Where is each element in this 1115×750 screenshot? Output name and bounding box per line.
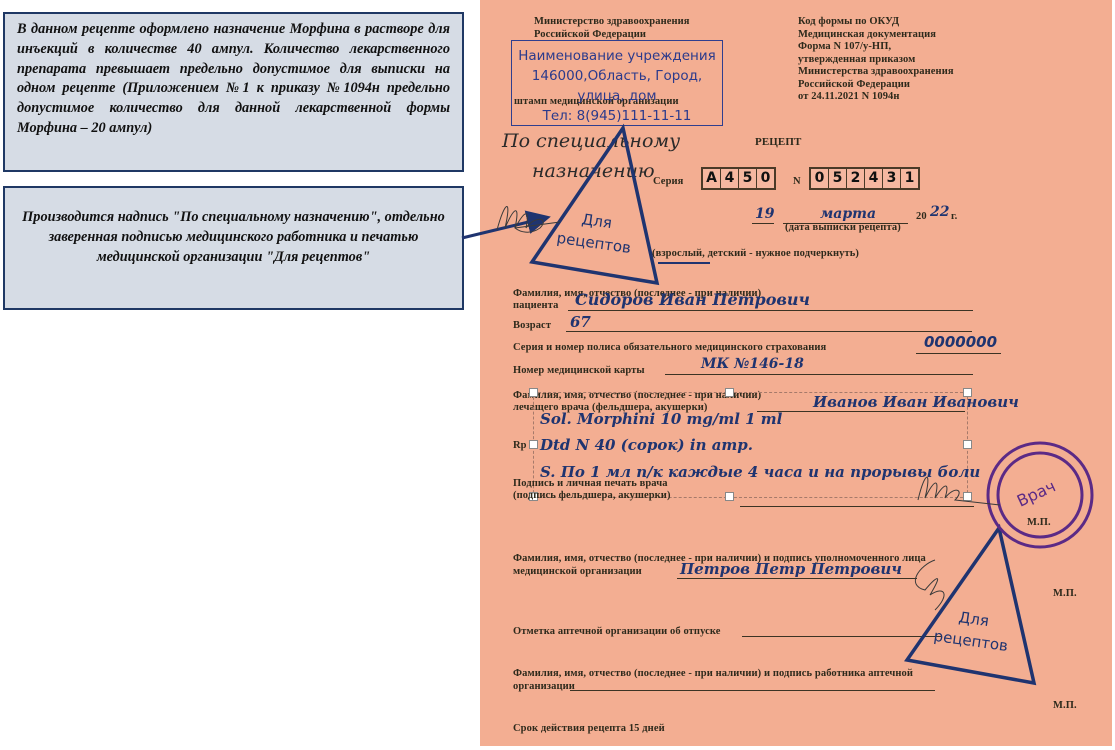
ministry-line1: Министерство здравоохранения bbox=[534, 16, 690, 29]
stamp-place-1: М.П. bbox=[1027, 517, 1051, 530]
rx-line-2: Dtd N 40 (сорок) in amp. bbox=[540, 436, 753, 454]
series-cells: А 4 5 0 bbox=[701, 167, 776, 190]
number-cell: 1 bbox=[901, 169, 918, 188]
special-purpose-note-line1: По специальному bbox=[502, 130, 680, 152]
patient-age: 67 bbox=[570, 313, 591, 331]
number-cell: 0 bbox=[811, 169, 829, 188]
stamp-place-2: М.П. bbox=[1053, 588, 1077, 601]
pharmacy-mark-label: Отметка аптечной организации об отпуске bbox=[513, 626, 721, 639]
resize-handle[interactable] bbox=[725, 492, 734, 501]
number-cell: 4 bbox=[865, 169, 883, 188]
policy-label: Серия и номер полиса обязательного медиц… bbox=[513, 342, 826, 355]
date-year-prefix: 20 bbox=[916, 211, 927, 224]
age-label: Возраст bbox=[513, 320, 551, 333]
resize-handle[interactable] bbox=[963, 388, 972, 397]
number-label: N bbox=[793, 176, 801, 189]
authorized-person-name: Петров Петр Петрович bbox=[680, 560, 902, 578]
institution-stamp: Наименование учреждения 146000,Область, … bbox=[511, 40, 723, 126]
explanation-note-morphine-quantity: В данном рецепте оформлено назначение Мо… bbox=[3, 12, 464, 172]
prescription-form-107-np: Министерство здравоохранения Российской … bbox=[480, 0, 1112, 746]
resize-handle[interactable] bbox=[725, 388, 734, 397]
number-cell: 2 bbox=[847, 169, 865, 188]
date-year-tail: г. bbox=[951, 211, 957, 224]
signature-label2: (подпись фельдшера, акушерки) bbox=[513, 490, 671, 503]
date-day: 19 bbox=[755, 206, 774, 222]
form-code-block: Код формы по ОКУД Медицинская документац… bbox=[798, 16, 954, 104]
number-cell: 3 bbox=[883, 169, 901, 188]
date-month: марта bbox=[820, 206, 876, 222]
authorized-person-label2: медицинской организации bbox=[513, 566, 642, 579]
form-code-line: Код формы по ОКУД bbox=[798, 16, 899, 27]
series-label: Серия bbox=[653, 176, 683, 189]
resize-handle[interactable] bbox=[529, 388, 538, 397]
form-code-line: Медицинская документация bbox=[798, 29, 954, 42]
note-text: В данном рецепте оформлено назначение Мо… bbox=[17, 20, 450, 139]
form-code-line: Российской Федерации bbox=[798, 79, 954, 92]
form-code-line: Форма N 107/у-НП, bbox=[798, 41, 954, 54]
number-cells: 0 5 2 4 3 1 bbox=[809, 167, 920, 190]
patient-label2: пациента bbox=[513, 300, 558, 313]
rx-line-1: Sol. Morphini 10 mg/ml 1 ml bbox=[540, 410, 782, 428]
number-cell: 5 bbox=[829, 169, 847, 188]
stamp-line: 146000,Область, Город, bbox=[512, 66, 722, 86]
adult-underline bbox=[658, 262, 710, 264]
date-caption: (дата выписки рецепта) bbox=[785, 222, 901, 235]
special-purpose-note-line2: назначению bbox=[532, 160, 655, 182]
patient-name: Сидоров Иван Петрович bbox=[575, 290, 810, 309]
stamp-line: Тел: 8(945)111-11-11 bbox=[512, 106, 722, 126]
form-code-line: Министерства здравоохранения bbox=[798, 66, 954, 79]
stamp-place-3: М.П. bbox=[1053, 700, 1077, 713]
series-cell: 5 bbox=[739, 169, 757, 188]
resize-handle[interactable] bbox=[963, 492, 972, 501]
pharmacy-worker-label: Фамилия, имя, отчество (последнее - при … bbox=[513, 668, 913, 681]
series-cell: 0 bbox=[757, 169, 774, 188]
pharmacy-worker-label2: организации bbox=[513, 681, 575, 694]
card-label: Номер медицинской карты bbox=[513, 365, 645, 378]
note-text: Производится надпись "По специальному на… bbox=[15, 208, 452, 267]
resize-handle[interactable] bbox=[963, 440, 972, 449]
date-year-suffix: 22 bbox=[930, 204, 949, 220]
stamp-line: улица, дом bbox=[512, 86, 722, 106]
resize-handle[interactable] bbox=[529, 440, 538, 449]
rp-label: Rp bbox=[513, 440, 527, 453]
signature-label: Подпись и личная печать врача bbox=[513, 478, 668, 491]
stamp-line: Наименование учреждения bbox=[512, 46, 722, 66]
validity-note: Срок действия рецепта 15 дней bbox=[513, 723, 665, 736]
explanation-note-special-purpose: Производится надпись "По специальному на… bbox=[3, 186, 464, 310]
medical-card-number: МК №146-18 bbox=[701, 356, 804, 372]
series-cell: 4 bbox=[721, 169, 739, 188]
form-title: РЕЦЕПТ bbox=[755, 136, 801, 149]
policy-number: 0000000 bbox=[924, 333, 997, 351]
series-cell: А bbox=[703, 169, 721, 188]
form-code-line: от 24.11.2021 N 1094н bbox=[798, 91, 954, 104]
age-group-options: (взрослый, детский - нужное подчеркнуть) bbox=[652, 248, 859, 261]
form-code-line: утвержденная приказом bbox=[798, 54, 954, 67]
